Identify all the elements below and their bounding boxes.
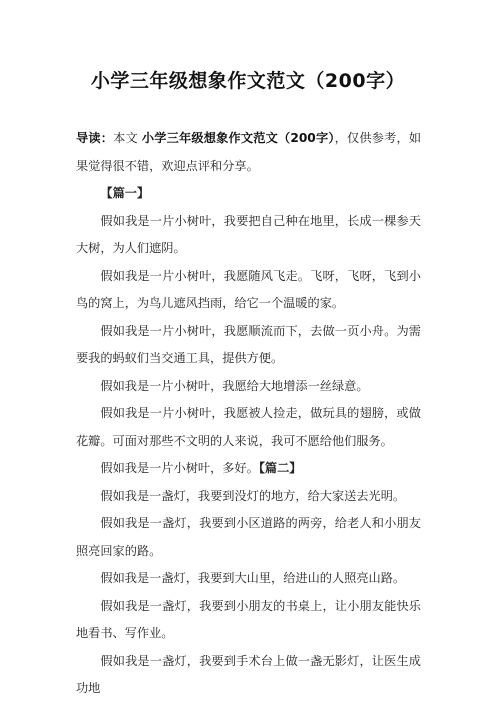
body-paragraph: 假如我是一盏灯，我要到手术台上做一盏无影灯，让医生成功地 [76, 648, 421, 702]
section-one-heading: 【篇一】 [76, 180, 421, 208]
body-paragraph: 假如我是一盏灯，我要到没灯的地方，给大家送去光明。 [76, 483, 421, 511]
body-paragraph: 假如我是一片小树叶，我愿随风飞走。飞呀，飞呀，飞到小鸟的窝上，为鸟儿遮风挡雨，给… [76, 263, 421, 318]
body-paragraph: 假如我是一片小树叶，我愿顺流而下，去做一页小舟。为需要我的蚂蚁们当交通工具，提供… [76, 318, 421, 373]
closing-text: 假如我是一片小树叶，多好。 [100, 461, 258, 475]
body-paragraph: 假如我是一盏灯，我要到小朋友的书桌上，让小朋友能快乐地看书、写作业。 [76, 593, 421, 648]
intro-paragraph: 导读：本文 小学三年级想象作文范文（200字），仅供参考，如果觉得很不错，欢迎点… [76, 125, 421, 180]
body-paragraph: 假如我是一片小树叶，我愿被人捡走，做玩具的翅膀，或做花瓣。可面对那些不文明的人来… [76, 400, 421, 455]
intro-bold-title: 小学三年级想象作文范文（200字） [142, 131, 335, 145]
document-title: 小学三年级想象作文范文（200字） [0, 66, 496, 93]
body-paragraph: 假如我是一片小树叶，我愿给大地增添一丝绿意。 [76, 373, 421, 401]
document-page: 小学三年级想象作文范文（200字） 导读：本文 小学三年级想象作文范文（200字… [0, 0, 496, 702]
intro-prefix: 本文 [113, 131, 142, 145]
body-paragraph: 假如我是一盏灯，我要到大山里，给进山的人照亮山路。 [76, 565, 421, 593]
body-paragraph: 假如我是一盏灯，我要到小区道路的两旁，给老人和小朋友照亮回家的路。 [76, 510, 421, 565]
document-body: 导读：本文 小学三年级想象作文范文（200字），仅供参考，如果觉得很不错，欢迎点… [76, 125, 421, 702]
intro-label: 导读： [76, 131, 113, 145]
section-two-heading: 【篇二】 [259, 461, 302, 475]
closing-paragraph: 假如我是一片小树叶，多好。【篇二】 [76, 455, 421, 483]
body-paragraph: 假如我是一片小树叶，我要把自己种在地里，长成一棵参天大树，为人们遮阴。 [76, 208, 421, 263]
